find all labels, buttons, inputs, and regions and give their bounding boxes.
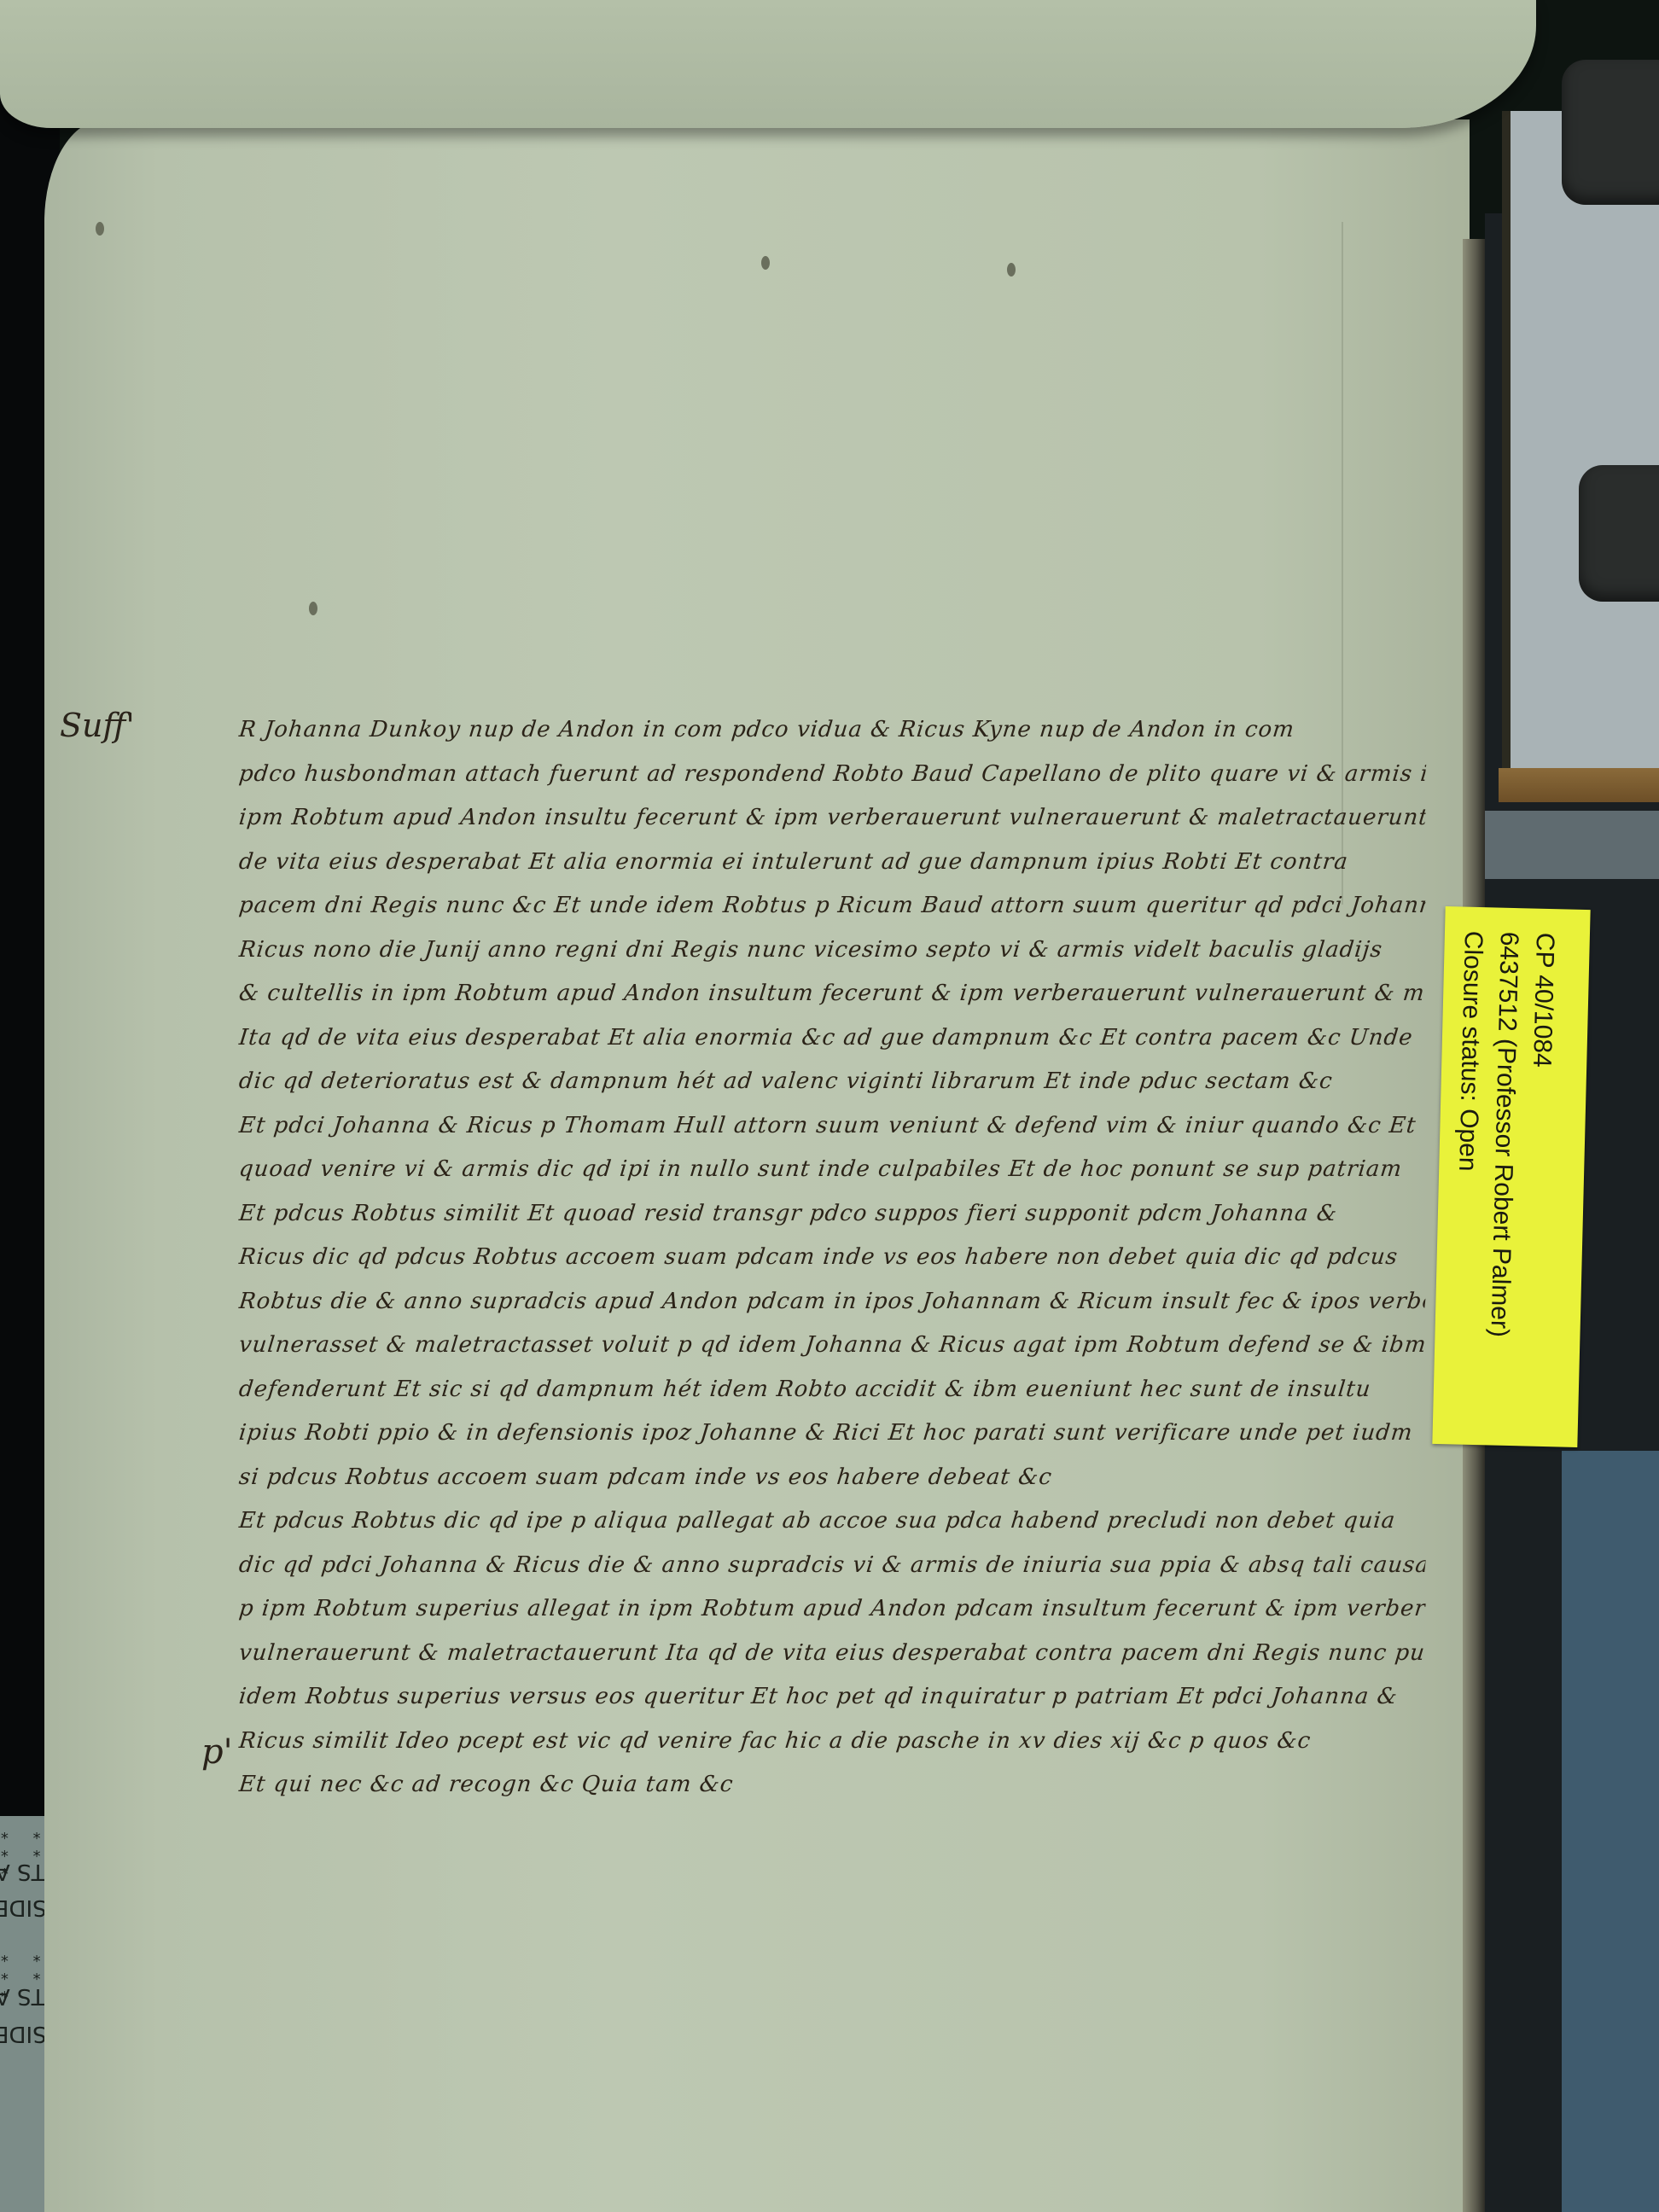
manuscript-line: Ricus nono die Junij anno regni dni Regi… [236,928,1427,973]
manuscript-line: dic qd pdci Johanna & Ricus die & anno s… [236,1544,1427,1588]
pinhole [96,222,104,236]
manuscript-line: pdco husbondman attach fuerunt ad respon… [236,753,1427,797]
manuscript-line: Et qui nec &c ad recogn &c Quia tam &c [236,1763,1427,1807]
manuscript-line: vulnerasset & maletractasset voluit p qd… [236,1324,1427,1368]
manuscript-line: Et pdcus Robtus dic qd ipe p aliqua pall… [236,1499,1427,1544]
foam-support-upper [1562,60,1659,205]
label-text: CP 40/1084 6437512 (Professor Robert Pal… [1432,906,1590,1447]
manuscript-line: Ricus similit Ideo pcept est vic qd veni… [236,1720,1427,1764]
manuscript-line: ipm Robtum apud Andon insultu fecerunt &… [236,796,1427,841]
archive-reference-label: CP 40/1084 6437512 (Professor Robert Pal… [1432,906,1590,1447]
manuscript-line: Et pdcus Robtus similit Et quoad resid t… [236,1192,1427,1237]
blue-mat [1562,1451,1659,2212]
manuscript-line: defenderunt Et sic si qd dampnum hét ide… [236,1368,1427,1412]
pinhole [309,602,317,615]
equipment-tray [1502,111,1659,785]
manuscript-line: pacem dni Regis nunc &c Et unde idem Rob… [236,884,1427,928]
margin-mark: p' [201,1732,233,1772]
manuscript-line: quoad venire vi & armis dic qd ipi in nu… [236,1148,1427,1192]
margin-annotation-county: Suff' [60,707,135,744]
pinhole [1007,263,1016,276]
manuscript-line: & cultellis in ipm Robtum apud Andon ins… [236,972,1427,1016]
foam-support-lower [1579,465,1659,602]
plea-roll-entry: R Johanna Dunkoy nup de Andon in com pdc… [239,708,1425,1807]
manuscript-line: dic qd deterioratus est & dampnum hét ad… [236,1060,1427,1104]
manuscript-line: Ricus dic qd pdcus Robtus accoem suam pd… [236,1236,1427,1280]
manuscript-line: idem Robtus superius versus eos queritur… [236,1675,1427,1720]
manuscript-line: Robtus die & anno supradcis apud Andon p… [236,1280,1427,1324]
manuscript-line: p ipm Robtum superius allegat in ipm Rob… [236,1587,1427,1632]
manuscript-line: Et pdci Johanna & Ricus p Thomam Hull at… [236,1104,1427,1149]
manuscript-line: Ita qd de vita eius desperabat Et alia e… [236,1016,1427,1061]
manuscript-line: vulnerauerunt & maletractauerunt Ita qd … [236,1632,1427,1676]
pinhole [761,256,770,270]
manuscript-line: si pdcus Robtus accoem suam pdcam inde v… [236,1456,1427,1500]
manuscript-line: ipius Robti ppio & in defensionis ipoz J… [236,1412,1427,1456]
manuscript-line: de vita eius desperabat Et alia enormia … [236,841,1427,885]
wooden-frame [1499,768,1659,802]
folded-upper-membrane [0,0,1536,128]
lower-tray [1485,811,1659,879]
manuscript-line: R Johanna Dunkoy nup de Andon in com pdc… [236,708,1427,753]
